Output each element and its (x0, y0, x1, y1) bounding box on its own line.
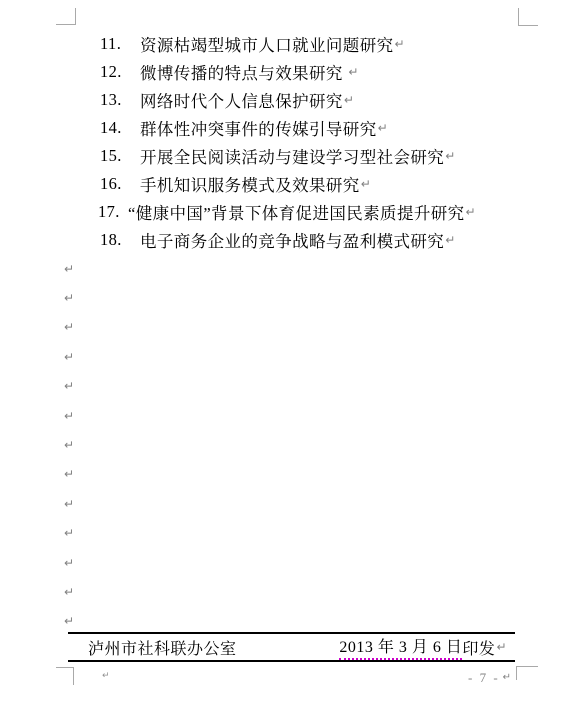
paragraph-mark-icon: ↵ (64, 439, 74, 451)
topic-row: 14.群体性冲突事件的传媒引导研究↵ (0, 114, 586, 142)
topic-text: 手机知识服务模式及效果研究 (140, 172, 360, 196)
topic-row: 11.资源枯竭型城市人口就业问题研究↵ (0, 30, 586, 58)
text-boundary-corner-bottom-right-icon (516, 666, 538, 680)
empty-line: ↵ (64, 489, 74, 518)
text-boundary-corner-bottom-left-icon (56, 667, 74, 685)
footer-date-suffix: 印发 (462, 636, 495, 659)
topic-number: 13. (100, 90, 140, 110)
empty-line: ↵ (64, 313, 74, 342)
paragraph-mark-icon: ↵ (64, 527, 74, 539)
topic-list: 11.资源枯竭型城市人口就业问题研究↵ 12.微博传播的特点与效果研究 ↵ 13… (0, 30, 586, 254)
topic-row: 17.“健康中国”背景下体育促进国民素质提升研究↵ (0, 198, 586, 226)
topic-number: 12. (100, 62, 140, 82)
topic-text: 开展全民阅读活动与建设学习型社会研究 (140, 144, 444, 168)
empty-line: ↵ (64, 372, 74, 401)
text-boundary-corner-top-right-icon (518, 8, 538, 26)
topic-row: 15.开展全民阅读活动与建设学习型社会研究↵ (0, 142, 586, 170)
topic-text: 群体性冲突事件的传媒引导研究 (140, 116, 377, 140)
empty-line: ↵ (64, 460, 74, 489)
topic-row: 16.手机知识服务模式及效果研究↵ (0, 170, 586, 198)
topic-text: 电子商务企业的竞争战略与盈利模式研究 (140, 228, 444, 252)
empty-line: ↵ (64, 577, 74, 606)
topic-number: 17. (98, 202, 128, 222)
footer-rule-block: 泸州市社科联办公室 2013 年 3 月 6 日印发↵ (68, 632, 515, 662)
paragraph-mark-icon: ↵ (445, 234, 455, 246)
empty-line: ↵ (64, 519, 74, 548)
topic-row: 18.电子商务企业的竞争战略与盈利模式研究↵ (0, 226, 586, 254)
empty-line: ↵ (64, 342, 74, 371)
paragraph-mark-icon: ↵ (64, 586, 74, 598)
paragraph-mark-icon: ↵ (64, 263, 74, 275)
text-boundary-corner-top-left-icon (56, 8, 76, 25)
topic-text: 网络时代个人信息保护研究 (140, 88, 343, 112)
document-page: 11.资源枯竭型城市人口就业问题研究↵ 12.微博传播的特点与效果研究 ↵ 13… (0, 0, 586, 706)
topic-number: 11. (100, 34, 140, 54)
empty-line: ↵ (64, 401, 74, 430)
topic-row: 12.微博传播的特点与效果研究 ↵ (0, 58, 586, 86)
topic-text: 资源枯竭型城市人口就业问题研究 (140, 32, 394, 56)
topic-text: “健康中国”背景下体育促进国民素质提升研究 (128, 200, 465, 224)
topic-text: 微博传播的特点与效果研究 (140, 60, 347, 84)
paragraph-mark-icon: ↵ (64, 498, 74, 510)
topic-row: 13.网络时代个人信息保护研究↵ (0, 86, 586, 114)
paragraph-mark-icon: ↵ (344, 94, 354, 106)
paragraph-mark-icon: ↵ (361, 178, 371, 190)
topic-number: 18. (100, 230, 140, 250)
paragraph-mark-icon: ↵ (348, 66, 358, 78)
footer-date: 2013 年 3 月 6 日印发↵ (339, 634, 507, 660)
page-number: - 7 -↵ (468, 670, 513, 686)
topic-number: 16. (100, 174, 140, 194)
empty-line: ↵ (64, 548, 74, 577)
paragraph-mark-icon: ↵ (503, 673, 513, 683)
paragraph-mark-icon: ↵ (64, 557, 74, 569)
topic-number: 15. (100, 146, 140, 166)
footer-small-paragraph-mark-icon: ↵ (102, 671, 110, 681)
paragraph-mark-icon: ↵ (466, 206, 476, 218)
paragraph-mark-icon: ↵ (64, 292, 74, 304)
empty-paragraph-marks: ↵ ↵ ↵ ↵ ↵ ↵ ↵ ↵ ↵ ↵ ↵ ↵ ↵ (64, 254, 74, 636)
paragraph-mark-icon: ↵ (445, 150, 455, 162)
topic-number: 14. (100, 118, 140, 138)
footer-date-underlined: 2013 年 3 月 6 日 (339, 634, 462, 660)
footer-office: 泸州市社科联办公室 (88, 636, 237, 659)
paragraph-mark-icon: ↵ (64, 615, 74, 627)
paragraph-mark-icon: ↵ (64, 321, 74, 333)
paragraph-mark-icon: ↵ (496, 641, 507, 653)
paragraph-mark-icon: ↵ (64, 380, 74, 392)
paragraph-mark-icon: ↵ (64, 410, 74, 422)
paragraph-mark-icon: ↵ (395, 38, 405, 50)
page-number-text: - 7 - (468, 670, 500, 686)
paragraph-mark-icon: ↵ (64, 351, 74, 363)
empty-line: ↵ (64, 254, 74, 283)
paragraph-mark-icon: ↵ (378, 122, 388, 134)
paragraph-mark-icon: ↵ (64, 468, 74, 480)
empty-line: ↵ (64, 283, 74, 312)
empty-line: ↵ (64, 430, 74, 459)
